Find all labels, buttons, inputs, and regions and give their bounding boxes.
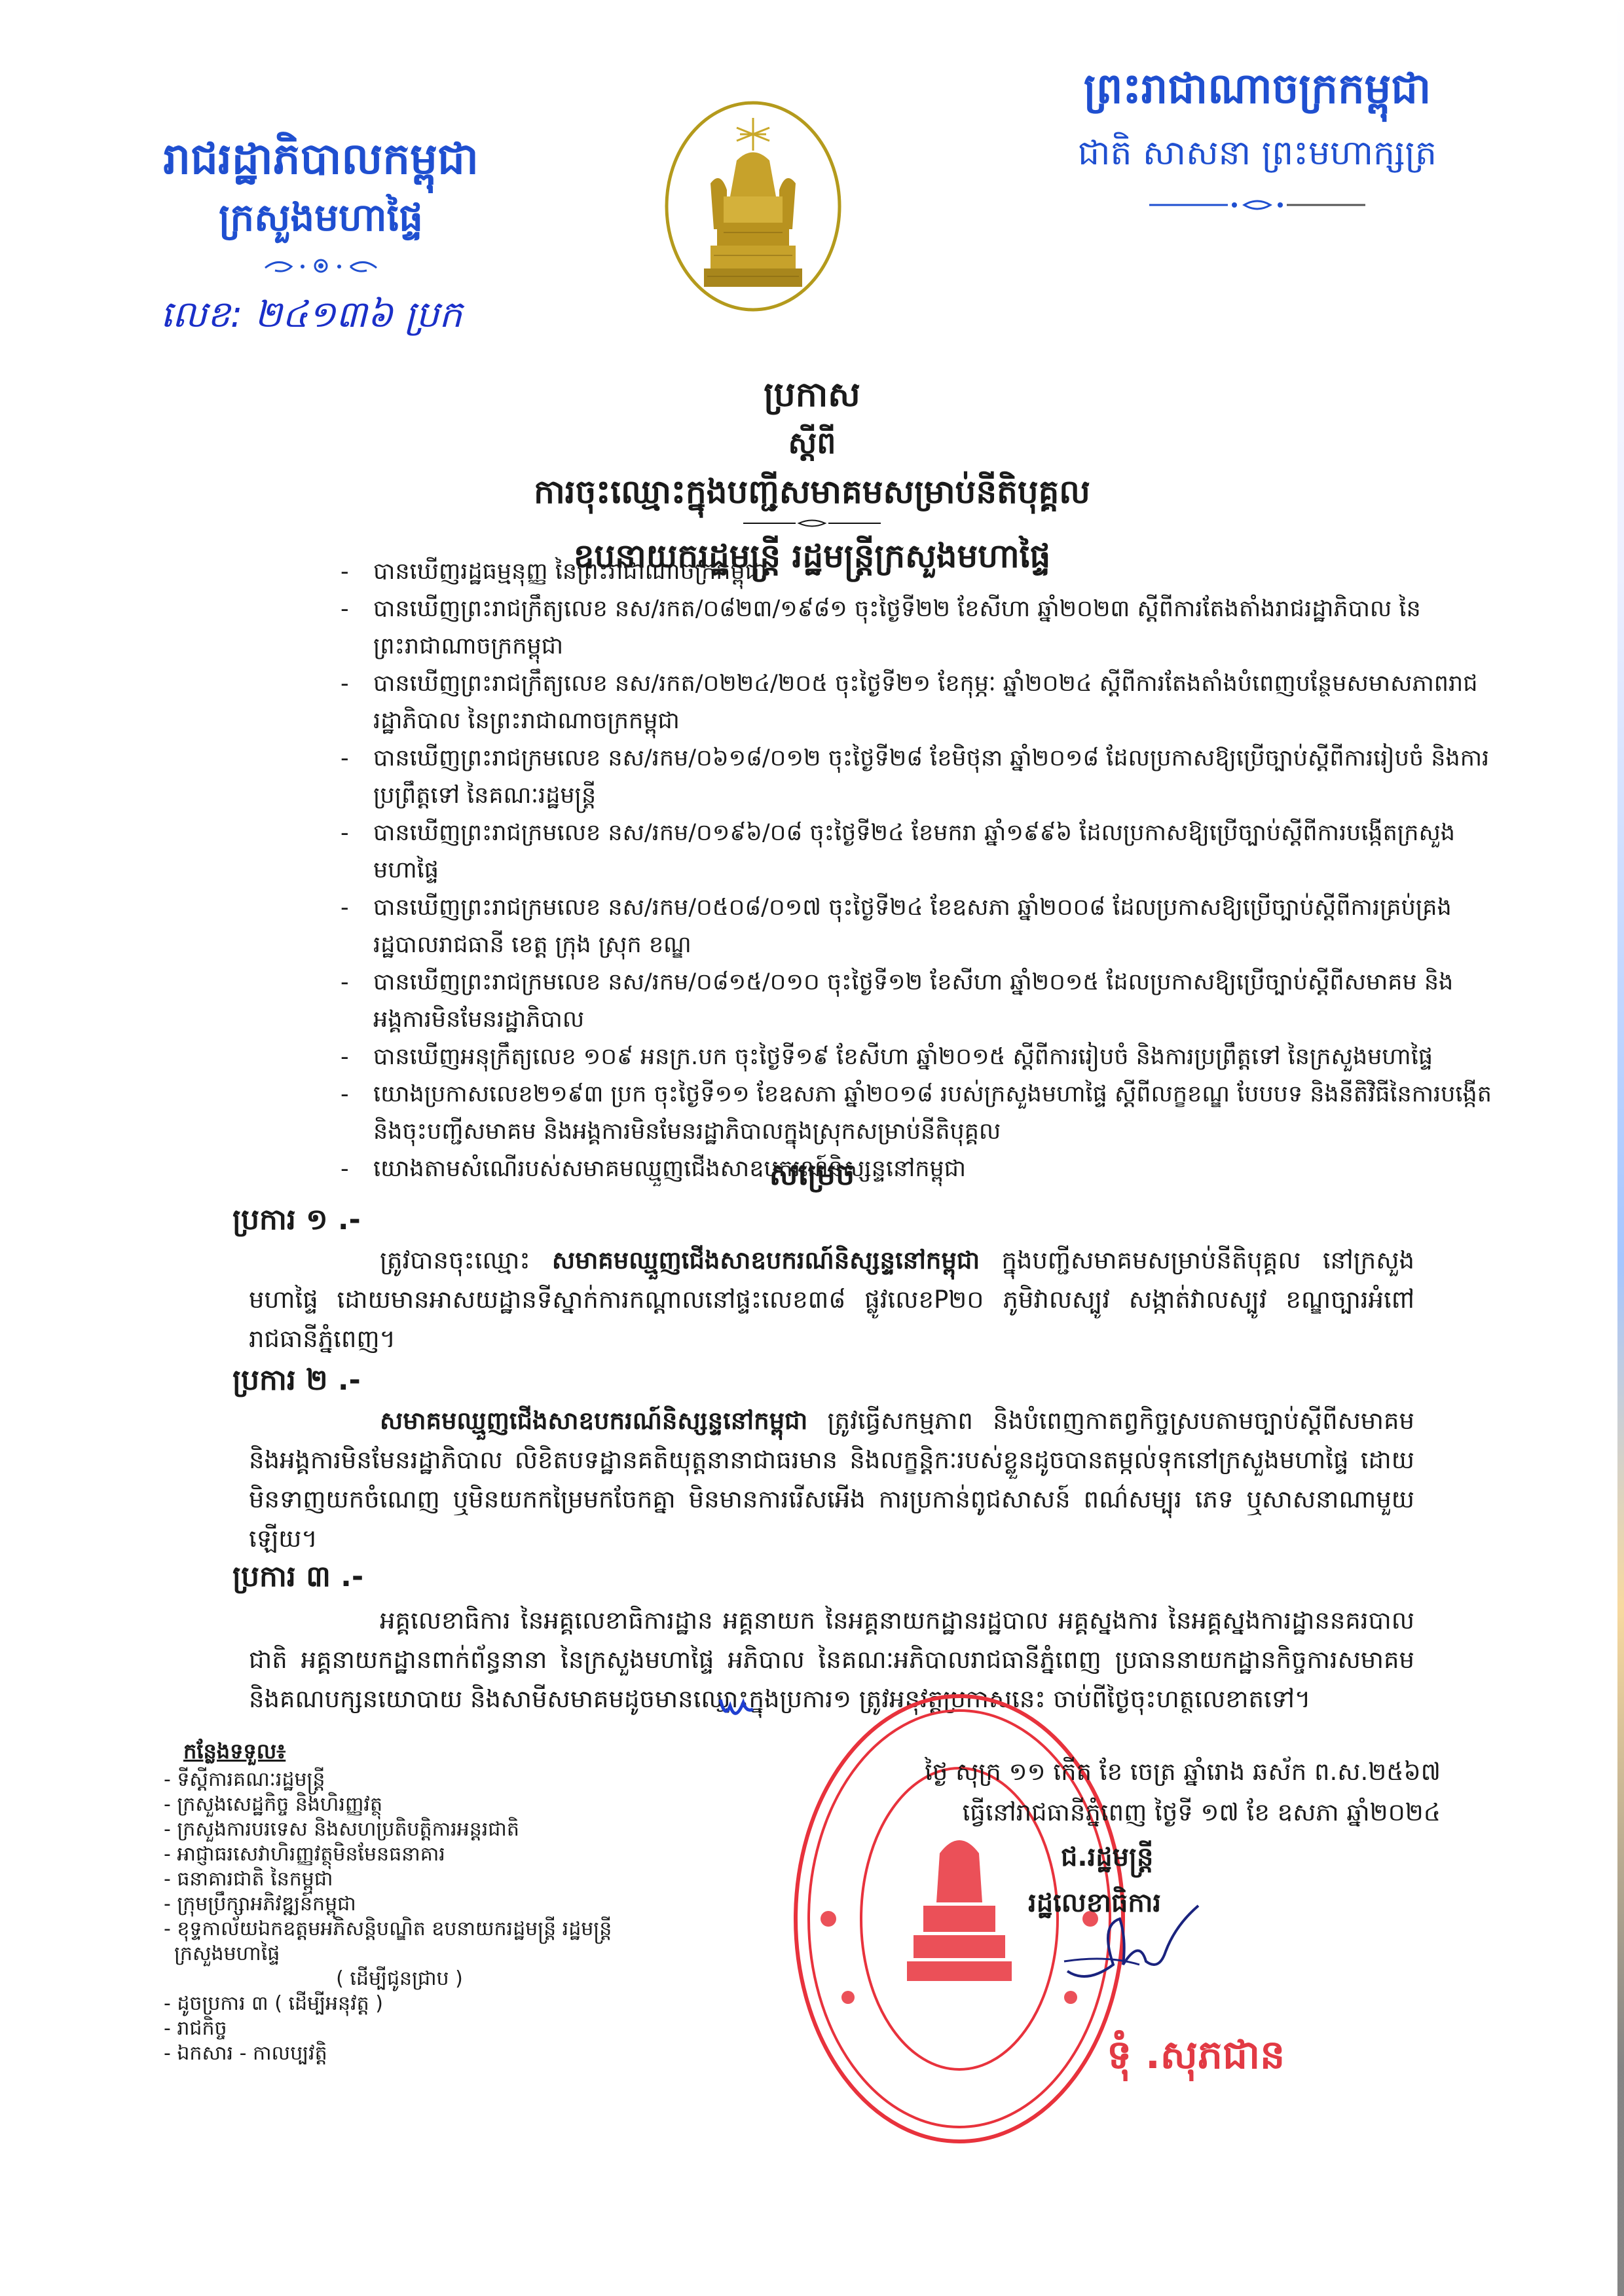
recipient-item: - ឯកសារ - កាលប្បវត្តិ [164,2041,635,2066]
signer-name: ទុំ .សុភជាន [1107,2030,1285,2088]
issuer-header: រាជរដ្ឋាភិបាលកម្ពុជា ក្រសួងមហាផ្ទៃ [138,131,504,282]
consideration-item: -បានឃើញព្រះរាជក្រឹត្យលេខ នស/រកត/០៨២៣/១៩៨… [341,591,1493,665]
decision-heading: សម្រេច [301,1156,1323,1200]
signatory-title: ជ.រដ្ឋមន្ត្រី [1061,1840,1153,1879]
article-2-label: ប្រការ ២ .- [232,1362,361,1404]
considerations-list: -បានឃើញរដ្ឋធម្មនុញ្ញ នៃព្រះរាជាណាចក្រកម្… [341,553,1493,1188]
association-name: សមាគមឈ្មួញជើងសាឧបករណ៍និស្សន្ទនៅកម្ពុជា [380,1407,807,1435]
recipient-item: - ធនាគារជាតិ នៃកម្ពុជា [164,1867,635,1892]
recipient-item: - ក្រសួងសេដ្ឋកិច្ច និងហិរញ្ញវត្ថុ [164,1792,635,1817]
recipient-item: - ក្រុមប្រឹក្សាអភិវឌ្ឍន៍កម្ពុជា [164,1892,635,1917]
article-3-label: ប្រការ ៣ .- [232,1559,363,1601]
recipients-list: - ទីស្តីការគណៈរដ្ឋមន្ត្រី - ក្រសួងសេដ្ឋក… [164,1768,635,2066]
article-2-body: សមាគមឈ្មួញជើងសាឧបករណ៍និស្សន្ទនៅកម្ពុជា ត… [249,1401,1414,1559]
recipient-item: - ដូចប្រការ ៣ ( ដើម្បីអនុវត្ត ) [164,1991,635,2016]
association-name: សមាគមឈ្មួញជើងសាឧបករណ៍និស្សន្ទនៅកម្ពុជា [552,1246,980,1274]
recipients-title: កន្លែងទទួល៖ [183,1739,635,1764]
initial-mark-icon [717,1693,756,1726]
consideration-item: -បានឃើញព្រះរាជក្រមលេខ នស/រកម/០៦១៨/០១២ ចុ… [341,740,1493,815]
consideration-item: -បានឃើញអនុក្រឹត្យលេខ ១០៩ អនក្រ.បក ចុះថ្ង… [341,1039,1493,1076]
consideration-item: -បានឃើញព្រះរាជក្រមលេខ នស/រកម/០៥០៨/០១៧ ចុ… [341,889,1493,964]
national-motto: ជាតិ សាសនា ព្រះមហាក្សត្រ [1022,130,1493,177]
handwritten-signature-icon [1061,1899,1218,1984]
recipient-item: - ក្រសួងការបរទេស និងសហប្រតិបត្តិការអន្តរ… [164,1817,635,1842]
solar-date: ធ្វើនៅរាជធានីភ្នំពេញ ថ្ងៃទី ១៧ ខែ ឧសភា ឆ… [786,1792,1441,1833]
kingdom-name: ព្រះរាជាណាចក្រកម្ពុជា [1022,62,1493,117]
title-block: ប្រកាស ស្តីពី ការចុះឈ្មោះក្នុងបញ្ជីសមាគម… [301,373,1323,579]
recipients-block: កន្លែងទទួល៖ - ទីស្តីការគណៈរដ្ឋមន្ត្រី - … [164,1739,635,2066]
document-type: ប្រកាស [301,373,1323,418]
consideration-item: -បានឃើញព្រះរាជក្រឹត្យលេខ នស/រកត/០២២៤/២០៥… [341,665,1493,740]
recipient-item: - ទីស្តីការគណៈរដ្ឋមន្ត្រី [164,1768,635,1792]
date-block: ថ្ងៃ សុក្រ ១១ កើត ខែ ចេត្រ ឆ្នាំរោង ឆស័ក… [786,1752,1441,1833]
article-1-label: ប្រការ ១ .- [232,1202,361,1244]
kingdom-header: ព្រះរាជាណាចក្រកម្ពុជា ជាតិ សាសនា ព្រះមហា… [1022,62,1493,215]
document-about-label: ស្តីពី [301,422,1323,464]
consideration-item: -បានឃើញរដ្ឋធម្មនុញ្ញ នៃព្រះរាជាណាចក្រកម្… [341,553,1493,591]
recipient-item: - រាជកិច្ច [164,2016,635,2041]
consideration-item: -បានឃើញព្រះរាជក្រមលេខ នស/រកម/០៨១៥/០១០ ចុ… [341,964,1493,1039]
government-name: រាជរដ្ឋាភិបាលកម្ពុជា [138,131,504,187]
ornament-icon [262,256,380,276]
consideration-item: -យោងប្រកាសលេខ២១៩៣ ប្រក ចុះថ្ងៃទី១១ ខែឧសភ… [341,1076,1493,1151]
scan-edge-artifact [1617,0,1624,2296]
ministry-name: ក្រសួងមហាផ្ទៃ [138,191,504,244]
lunar-date: ថ្ងៃ សុក្រ ១១ កើត ខែ ចេត្រ ឆ្នាំរោង ឆស័ក… [786,1752,1441,1792]
recipient-item: - អាជ្ញាធរសេវាហិរញ្ញវត្ថុមិនមែនធនាគារ [164,1842,635,1867]
recipient-note: ( ដើម្បីជូនជ្រាប ) [164,1967,635,1991]
consideration-item: -បានឃើញព្រះរាជក្រមលេខ នស/រកម/០១៩៦/០៨ ចុះ… [341,815,1493,889]
article-1-body: ត្រូវបានចុះឈ្មោះ សមាគមឈ្មួញជើងសាឧបករណ៍និ… [249,1241,1414,1359]
royal-government-emblem-icon [661,98,845,314]
reference-number: លេខ: ២៤១៣៦ ប្រក [160,291,462,345]
document-subject: ការចុះឈ្មោះក្នុងបញ្ជីសមាគមសម្រាប់នីតិបុគ… [301,469,1323,515]
ornament-icon [1149,197,1365,213]
recipient-item: - ខុទ្ទកាល័យឯកឧត្តមអភិសន្តិបណ្ឌិត ឧបនាយក… [164,1917,635,1967]
ornament-icon [743,519,881,528]
